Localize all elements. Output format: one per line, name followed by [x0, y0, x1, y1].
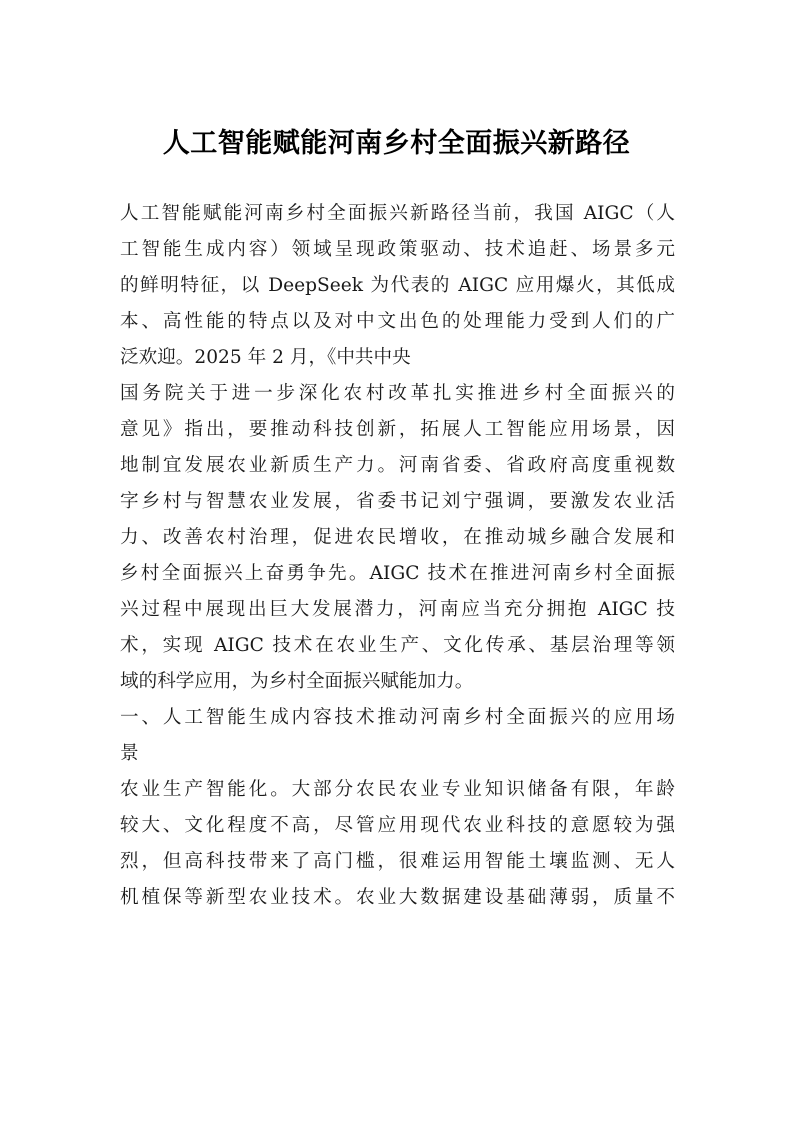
body-line: 农业生产智能化。大部分农民农业专业知识储备有限，年龄	[120, 772, 675, 808]
body-line: 兴过程中展现出巨大发展潜力，河南应当充分拥抱 AIGC 技	[120, 592, 675, 628]
section-heading-line: 一、人工智能生成内容技术推动河南乡村全面振兴的应用场	[120, 700, 675, 736]
body-line: 较大、文化程度不高，尽管应用现代农业科技的意愿较为强	[120, 808, 675, 844]
body-line: 工智能生成内容）领域呈现政策驱动、技术追赶、场景多元	[120, 232, 675, 268]
body-line: 人工智能赋能河南乡村全面振兴新路径当前，我国 AIGC（人	[120, 196, 675, 232]
document-title: 人工智能赋能河南乡村全面振兴新路径	[0, 124, 793, 164]
body-line: 烈，但高科技带来了高门槛，很难运用智能土壤监测、无人	[120, 844, 675, 880]
body-line: 泛欢迎。2025 年 2 月，《中共中央	[120, 340, 675, 376]
body-line: 字乡村与智慧农业发展，省委书记刘宁强调，要激发农业活	[120, 484, 675, 520]
body-line: 机植保等新型农业技术。农业大数据建设基础薄弱，质量不	[120, 880, 675, 916]
body-line: 域的科学应用，为乡村全面振兴赋能加力。	[120, 664, 675, 700]
body-line: 国务院关于进一步深化农村改革扎实推进乡村全面振兴的	[120, 376, 675, 412]
body-line: 地制宜发展农业新质生产力。河南省委、省政府高度重视数	[120, 448, 675, 484]
body-line: 术，实现 AIGC 技术在农业生产、文化传承、基层治理等领	[120, 628, 675, 664]
body-line: 力、改善农村治理，促进农民增收，在推动城乡融合发展和	[120, 520, 675, 556]
body-line: 乡村全面振兴上奋勇争先。AIGC 技术在推进河南乡村全面振	[120, 556, 675, 592]
body-line: 意见》指出，要推动科技创新，拓展人工智能应用场景，因	[120, 412, 675, 448]
document-body: 人工智能赋能河南乡村全面振兴新路径当前，我国 AIGC（人 工智能生成内容）领域…	[120, 196, 675, 916]
document-page: 人工智能赋能河南乡村全面振兴新路径 人工智能赋能河南乡村全面振兴新路径当前，我国…	[0, 0, 793, 1122]
section-heading-line: 景	[120, 736, 675, 772]
body-line: 本、高性能的特点以及对中文出色的处理能力受到人们的广	[120, 304, 675, 340]
body-line: 的鲜明特征，以 DeepSeek 为代表的 AIGC 应用爆火，其低成	[120, 268, 675, 304]
